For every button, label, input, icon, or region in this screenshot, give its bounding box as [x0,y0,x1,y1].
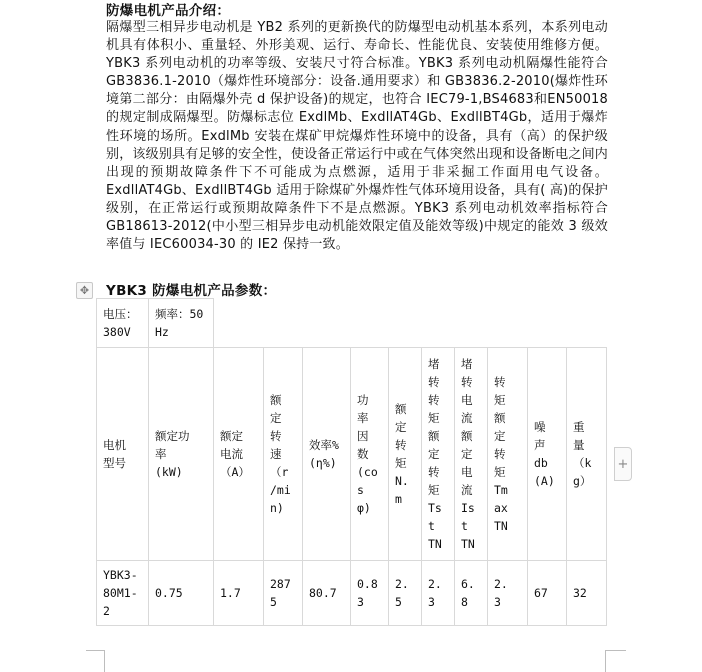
page-corner-marker [86,650,105,672]
table-header-row: 电机 型号 额定功 率 (kW) 额定 电流 （A） 额 定 转 速 （r /m… [97,348,607,561]
header-noise[interactable]: 噪 声 db (A) [528,348,567,561]
cell-weight[interactable]: 32 [567,561,607,626]
intro-heading: 防爆电机产品介绍： [106,2,230,20]
cell-max-torque[interactable]: 2. 3 [488,561,528,626]
intro-text: 隔爆型三相异步电动机是 YB2 系列的更新换代的防爆型电动机基本系列，本系列电动… [106,19,608,254]
params-table: 电压： 380V 频率：50 Hz 电机 型号 额定功 率 (kW) 额定 电流… [96,298,607,626]
header-power-factor[interactable]: 功 率 因 数 (co s φ) [351,348,389,561]
header-rated-torque[interactable]: 额 定 转 矩 N. m [389,348,422,561]
header-rated-speed[interactable]: 额 定 转 速 （r /mi n) [264,348,303,561]
header-weight[interactable]: 重 量 （k g） [567,348,607,561]
header-locked-rotor-current[interactable]: 堵 转 电 流 额 定 电 流 Is t TN [455,348,488,561]
cell-power-factor[interactable]: 0.8 3 [351,561,389,626]
frequency-cell[interactable]: 频率：50 Hz [149,299,214,348]
cell-locked-rotor-current[interactable]: 6. 8 [455,561,488,626]
table-move-handle-icon[interactable]: ✥ [76,282,93,299]
cell-efficiency[interactable]: 80.7 [303,561,351,626]
cell-rated-power[interactable]: 0.75 [149,561,214,626]
header-model[interactable]: 电机 型号 [97,348,149,561]
header-rated-power[interactable]: 额定功 率 (kW) [149,348,214,561]
voltage-cell[interactable]: 电压： 380V [97,299,149,348]
header-rated-current[interactable]: 额定 电流 （A） [214,348,264,561]
cell-rated-speed[interactable]: 287 5 [264,561,303,626]
header-max-torque[interactable]: 转 矩 额 定 转 矩 Tm ax TN [488,348,528,561]
table-row-conditions: 电压： 380V 频率：50 Hz [97,299,607,348]
intro-paragraph: 隔爆型三相异步电动机是 YB2 系列的更新换代的防爆型电动机基本系列，本系列电动… [106,19,608,254]
page-corner-marker [605,650,626,672]
document-page: 防爆电机产品介绍： 隔爆型三相异步电动机是 YB2 系列的更新换代的防爆型电动机… [0,0,702,672]
header-locked-rotor-torque[interactable]: 堵 转 转 矩 额 定 转 矩 Ts t TN [422,348,455,561]
cell-rated-torque[interactable]: 2. 5 [389,561,422,626]
cell-locked-rotor-torque[interactable]: 2. 3 [422,561,455,626]
cell-rated-current[interactable]: 1.7 [214,561,264,626]
cell-noise[interactable]: 67 [528,561,567,626]
table-row: YBK3- 80M1- 2 0.75 1.7 287 5 80.7 0.8 3 … [97,561,607,626]
header-efficiency[interactable]: 效率% (η%) [303,348,351,561]
empty-cell [214,299,607,348]
cell-model[interactable]: YBK3- 80M1- 2 [97,561,149,626]
add-column-button[interactable]: + [614,447,632,481]
